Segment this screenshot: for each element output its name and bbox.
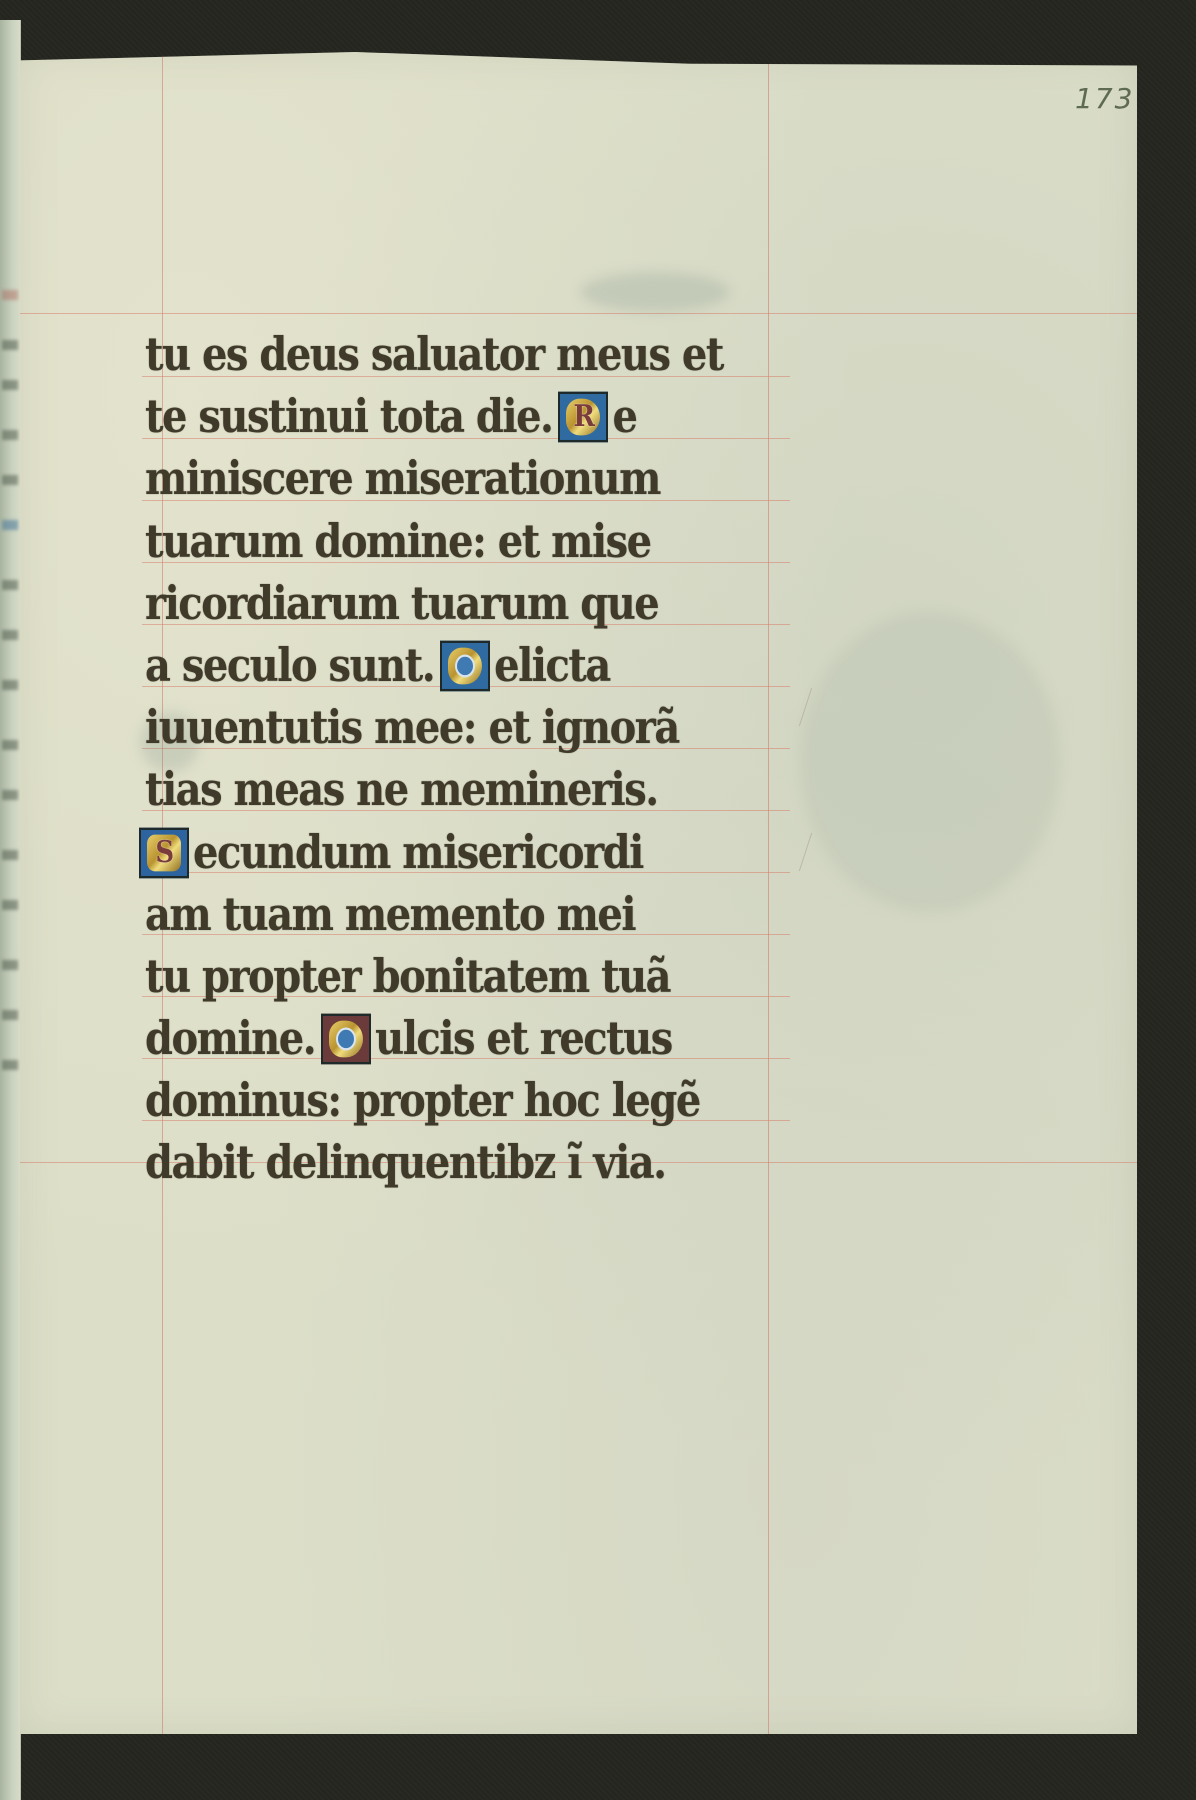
illuminated-initial-r: R — [558, 392, 608, 443]
text-line-8: tias meas ne memineris. — [145, 755, 705, 827]
text-line-2: te sustinui tota die.Re — [145, 382, 705, 454]
text-line-12: domine.ulcis et rectus — [145, 1003, 705, 1075]
folio-number: 173 — [1075, 82, 1134, 115]
stain — [580, 272, 730, 312]
illuminated-initial-d2 — [321, 1014, 371, 1065]
manuscript-leaf: 173 tu es deus saluator meus et te susti… — [20, 52, 1137, 1734]
text-line-1: tu es deus saluator meus et — [145, 319, 705, 391]
text-line-10: am tuam memento mei — [145, 879, 705, 951]
illuminated-initial-d — [440, 641, 490, 692]
text-line-5: ricordiarum tuarum que — [145, 568, 705, 640]
ruling-top — [20, 313, 1137, 314]
initial-d2-bowl — [336, 1028, 356, 1051]
stain — [800, 612, 1060, 912]
text-line-9: Secundum misericordi — [145, 817, 705, 889]
text-line-11: tu propter bonitatem tuã — [145, 941, 705, 1013]
illuminated-initial-s: S — [139, 827, 189, 878]
text-line-4: tuarum domine: et mise — [145, 506, 705, 578]
text-line-14: dabit delinquentibz ĩ via. — [145, 1128, 705, 1200]
text-line-6: a seculo sunt.elicta — [145, 630, 705, 702]
text-line-7: iuuentutis mee: et ignorã — [145, 692, 705, 764]
previous-page-edge — [0, 20, 21, 1800]
initial-d-bowl — [455, 654, 475, 677]
margin-stroke — [799, 833, 812, 871]
ruling-right — [768, 52, 769, 1734]
text-block: tu es deus saluator meus et te sustinui … — [145, 324, 705, 1195]
text-line-3: miniscere miserationum — [145, 444, 705, 516]
